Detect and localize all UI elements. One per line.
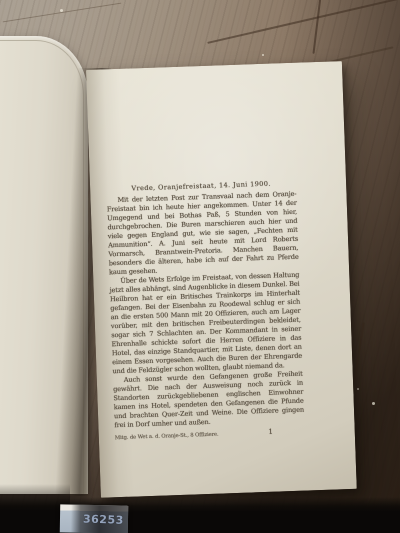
- book-page: Vrede, Oranjefreistaat, 14. Juni 1900. M…: [86, 61, 357, 498]
- page-paragraph: Über de Wets Erfolge im Freistaat, von d…: [109, 271, 302, 377]
- signature-mark: 1: [268, 428, 273, 437]
- inventory-label: 36253: [60, 504, 128, 533]
- page-text-block: Vrede, Oranjefreistaat, 14. Juni 1900. M…: [106, 179, 305, 443]
- page-paragraph: Auch sonst wurde den Gefangenen große Fr…: [113, 370, 305, 431]
- wood-speck: [372, 402, 375, 405]
- label-number: 36253: [83, 512, 124, 526]
- page-paragraph: Mit der letzten Post zur Transvaal nach …: [106, 190, 299, 278]
- wood-speck: [357, 388, 359, 390]
- wood-speck: [60, 9, 63, 12]
- page-footnote: Mitg. de Wet a. d. Oranje-St., 8 Offizie…: [115, 431, 219, 444]
- wood-speck: [262, 54, 264, 56]
- photo-canvas: Vrede, Oranjefreistaat, 14. Juni 1900. M…: [0, 0, 400, 533]
